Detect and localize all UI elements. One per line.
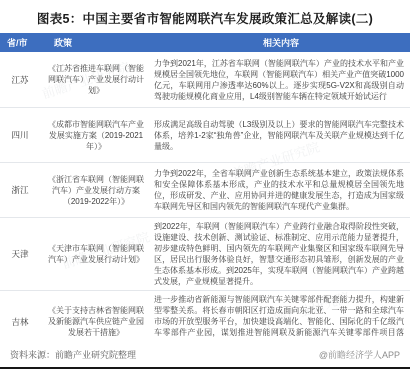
province-cell: 吉林 <box>0 316 40 328</box>
source-note: 资料来源：前瞻产业研究院整理 <box>10 348 136 361</box>
province-cell: 四川 <box>0 129 40 141</box>
policy-cell: 《江苏省推进车联网（智能网联汽车）产业发展行动计划》 <box>40 61 152 98</box>
policy-cell: 《成都市智能网联汽车产业发展实施方案（2019-2021年）》 <box>40 117 152 154</box>
province-cell: 天津 <box>0 248 40 260</box>
province-cell: 江苏 <box>0 74 40 86</box>
table-row: 四川 《成都市智能网联汽车产业发展实施方案（2019-2021年）》 形成满足高… <box>0 108 410 163</box>
column-header-content: 相关内容 <box>152 36 410 49</box>
column-header-province: 省/市 <box>0 36 40 49</box>
content-cell: 进一步推动省新能源与智能网联汽车关键零部件配套能力提升，构建新型零整关系。将长春… <box>152 291 410 339</box>
table-header-row: 省/市 政策 相关内容 <box>0 33 410 52</box>
table-row: 浙江 《浙江省车联网（智能网联汽车）产业发展行动方案（2019-2022年）》 … <box>0 163 410 218</box>
content-cell: 力争到2022年，全省车联网产业创新生态系统基本建立，政策法规体系和安全保障体系… <box>152 165 410 215</box>
policy-cell: 《浙江省车联网（智能网联汽车）产业发展行动方案（2019-2022年）》 <box>40 172 152 209</box>
table-row: 天津 《天津市车联网（智能网联汽车）产业发展行动计划》 到2022年，车联网（智… <box>0 218 410 291</box>
figure-title: 图表5：中国主要省市智能网联汽车发展政策汇总及解读(二) <box>0 0 410 27</box>
policy-cell: 《天津市车联网（智能网联汽车）产业发展行动计划》 <box>40 241 152 267</box>
figure-footer: 资料来源：前瞻产业研究院整理 @前瞻经济学人APP <box>0 341 410 367</box>
credit-note: @前瞻经济学人APP <box>319 348 400 361</box>
column-header-policy: 政策 <box>40 36 152 49</box>
figure-page: 图表5：中国主要省市智能网联汽车发展政策汇总及解读(二) 前瞻产业研究院 前瞻产… <box>0 0 410 369</box>
table-row: 江苏 《江苏省推进车联网（智能网联汽车）产业发展行动计划》 力争到2021年，江… <box>0 52 410 108</box>
content-cell: 到2022年，车联网（智能网联汽车）产业跨行业融合取得阶段性突破，设施建设、技术… <box>152 218 410 290</box>
content-cell: 形成满足高级自动驾驶（L3级别及以上）要求的智能网联汽车完整技术体系，培养1-2… <box>152 116 410 155</box>
table-row: 吉林 《关于支持吉林省智能网联及新能源汽车供应链产业园发展若干措施》 进一步推动… <box>0 291 410 339</box>
policy-cell: 《关于支持吉林省智能网联及新能源汽车供应链产业园发展若干措施》 <box>40 303 152 339</box>
province-cell: 浙江 <box>0 184 40 196</box>
policy-table: 省/市 政策 相关内容 江苏 《江苏省推进车联网（智能网联汽车）产业发展行动计划… <box>0 33 410 339</box>
content-cell: 力争到2021年，江苏省车联网（智能网联汽车）产业的技术水平和产业规模居全国领先… <box>152 55 410 105</box>
